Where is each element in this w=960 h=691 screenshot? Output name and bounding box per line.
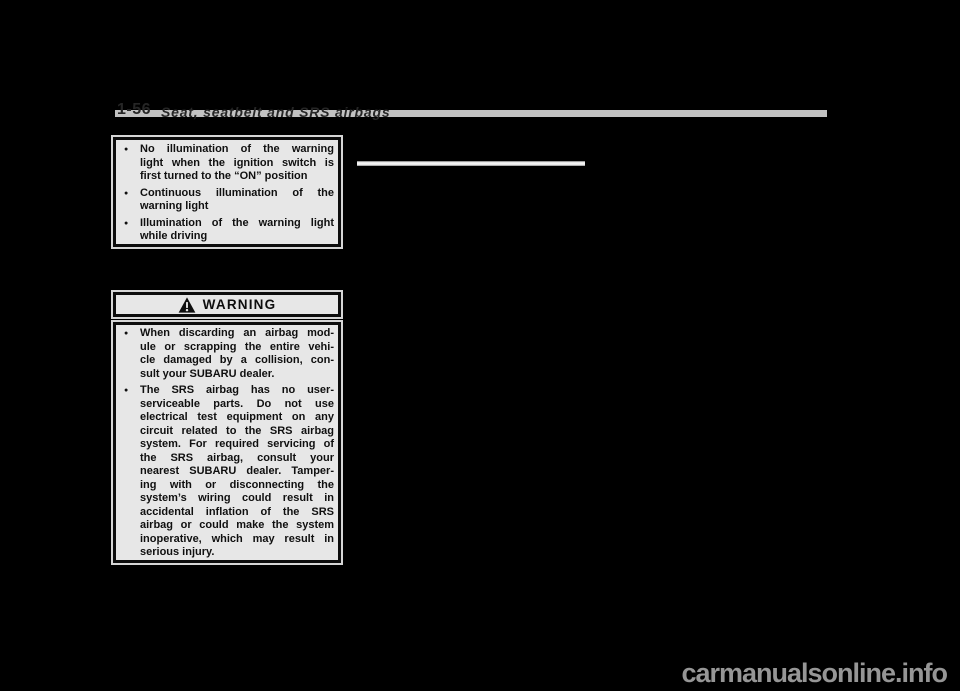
text-line: ing with or disconnecting the [140,479,334,493]
text-line: cle damaged by a collision, con- [140,354,334,368]
text-line: Continuous illumination of the [140,187,334,201]
warning-title-box: WARNING [113,292,341,317]
bullet-item: ●The SRS airbag has no user-serviceable … [120,384,334,560]
text-line: No illumination of the warning [140,143,334,157]
bullet-dot: ● [120,217,140,244]
text-line: circuit related to the SRS airbag [140,425,334,439]
text-line: nearest SUBARU dealer. Tamper- [140,465,334,479]
warning-triangle-icon [178,297,196,313]
warning-bullets: ●When discarding an airbag mod-ule or sc… [120,327,334,560]
page-number: 1-56 [117,101,151,119]
bullet-dot: ● [120,143,140,184]
warning-title: WARNING [203,297,277,312]
text-line: When discarding an airbag mod- [140,327,334,341]
warning-content-box: ●When discarding an airbag mod-ule or sc… [113,322,341,563]
bullet-dot: ● [120,187,140,214]
bullet-dot: ● [120,327,140,381]
text-line: Illumination of the warning light [140,217,334,231]
indicator-list-box: ●No illumination of the warninglight whe… [113,137,341,247]
text-line: airbag or could make the system [140,519,334,533]
bullet-item: ●When discarding an airbag mod-ule or sc… [120,327,334,381]
text-line: accidental inflation of the SRS [140,506,334,520]
text-line: The SRS airbag has no user- [140,384,334,398]
text-line: ule or scrapping the entire vehi- [140,341,334,355]
section-title: Seat, seatbelt and SRS airbags [161,104,390,120]
bullet-item: ●No illumination of the warninglight whe… [120,143,334,184]
text-line: electrical test equipment on any [140,411,334,425]
bullet-item: ●Continuous illumination of thewarning l… [120,187,334,214]
text-line: system’s wiring could result in [140,492,334,506]
text-line: light when the ignition switch is [140,157,334,171]
text-line: the SRS airbag, consult your [140,452,334,466]
text-line: sult your SUBARU dealer. [140,368,334,382]
text-line: warning light [140,200,334,214]
text-line: serviceable parts. Do not use [140,398,334,412]
text-line: while driving [140,230,334,244]
text-line: system. For required servicing of [140,438,334,452]
text-line: inoperative, which may result in [140,533,334,547]
text-line: first turned to the “ON” position [140,170,334,184]
right-column-rule [357,161,585,166]
watermark: carmanualsonline.info [681,658,947,689]
bullet-dot: ● [120,384,140,560]
indicator-bullets: ●No illumination of the warninglight whe… [120,143,334,244]
text-line: serious injury. [140,546,334,560]
bullet-item: ●Illumination of the warning lightwhile … [120,217,334,244]
